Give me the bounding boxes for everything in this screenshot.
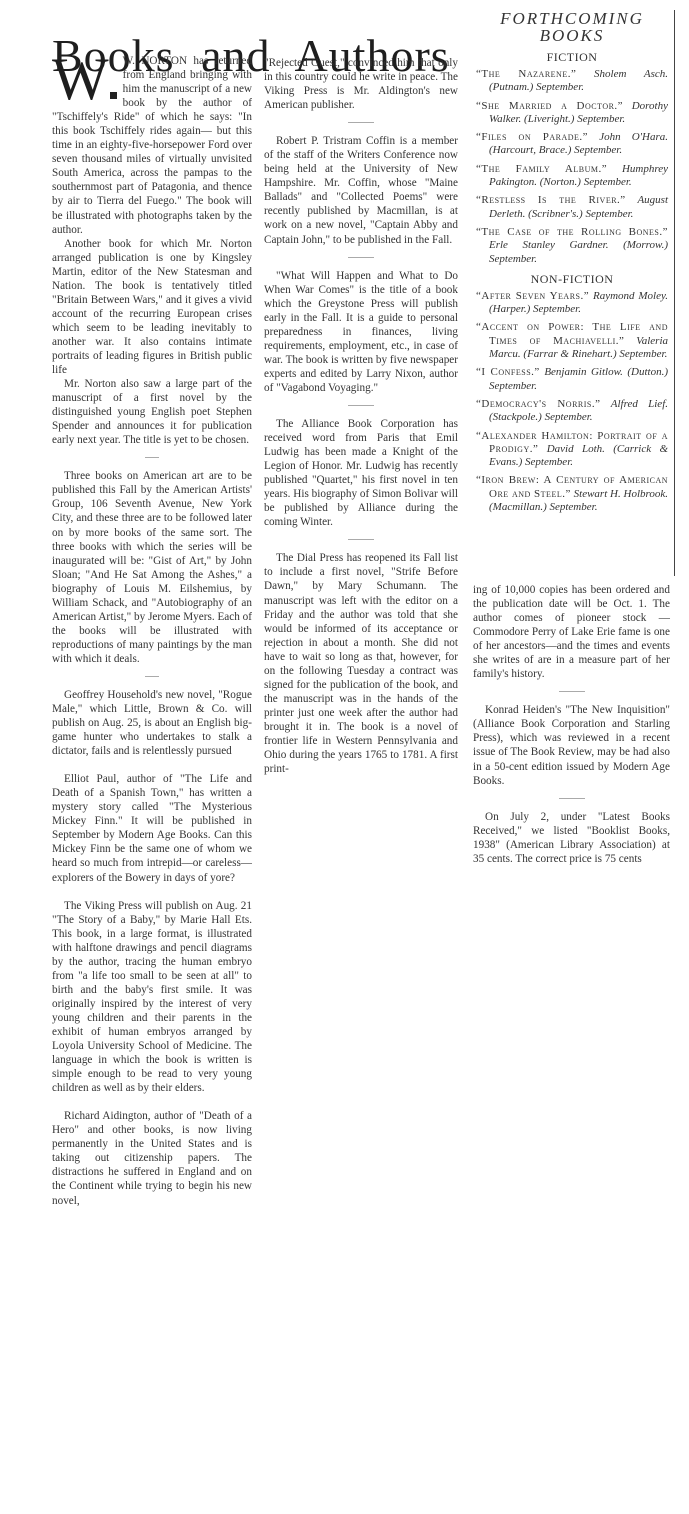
spender-paragraph: Mr. Norton also saw a large part of the … (52, 377, 252, 447)
drop-cap-dot (110, 92, 117, 99)
fiction-item: “The Family Album.” Humphrey Pakington. … (476, 163, 668, 190)
dial-press-paragraph: The Dial Press has reopened its Fall lis… (264, 551, 458, 776)
separator-rule (52, 666, 252, 688)
nonfiction-item: “Iron Brew: A Century of American Ore an… (476, 474, 668, 514)
nonfiction-item: “After Seven Years.” Raymond Moley. (Har… (476, 290, 668, 317)
aldington-paragraph: Richard Aidington, author of "Death of a… (52, 1109, 252, 1207)
fiction-item: “Files on Parade.” John O'Hara. (Harcour… (476, 131, 668, 158)
elliot-paul-paragraph: Elliot Paul, author of "The Life and Dea… (52, 772, 252, 884)
correction-paragraph: On July 2, under "Latest Books Received,… (473, 810, 670, 866)
separator-gap (52, 758, 252, 772)
separator-rule (264, 529, 458, 551)
separator-rule (264, 112, 458, 134)
war-comes-paragraph: "What Will Happen and What to Do When Wa… (264, 269, 458, 395)
separator-gap (52, 1095, 252, 1109)
separator-rule (473, 681, 670, 703)
fiction-item: “She Married a Doctor.” Dorothy Walker. … (476, 100, 668, 127)
forthcoming-books-box: FORTHCOMING BOOKS FICTION “The Nazarene.… (476, 10, 675, 576)
nonfiction-item: “I Confess.” Benjamin Gitlow. (Dutton.) … (476, 366, 668, 393)
separator-rule (52, 447, 252, 469)
fiction-item: “The Case of the Rolling Bones.” Erle St… (476, 226, 668, 266)
aldington-continued-paragraph: "Rejected Guest," convinced him that onl… (264, 56, 458, 112)
fiction-item: “The Nazarene.” Sholem Asch. (Putnam.) S… (476, 68, 668, 95)
forthcoming-title-line2: BOOKS (476, 27, 668, 44)
viking-baby-paragraph: The Viking Press will publish on Aug. 21… (52, 899, 252, 1096)
article-column-2: "Rejected Guest," convinced him that onl… (264, 56, 458, 776)
american-art-paragraph: Three books on American art are to be pu… (52, 469, 252, 666)
norton-paragraph: WW. NORTON has returned from England bri… (52, 54, 252, 237)
nonfiction-item: “Accent on Power: The Life and Times of … (476, 321, 668, 361)
nonfiction-heading: NON-FICTION (476, 272, 668, 286)
heiden-paragraph: Konrad Heiden's "The New Inquisition" (A… (473, 703, 670, 787)
household-paragraph: Geoffrey Household's new novel, "Rogue M… (52, 688, 252, 758)
separator-gap (52, 885, 252, 899)
fiction-item: “Restless Is the River.” August Derleth.… (476, 194, 668, 221)
separator-rule (264, 247, 458, 269)
separator-rule (473, 788, 670, 810)
article-column-3: ing of 10,000 copies has been ordered an… (473, 583, 670, 866)
fiction-heading: FICTION (476, 50, 668, 64)
drop-cap: W (52, 56, 109, 102)
nonfiction-item: “Democracy's Norris.” Alfred Lief. (Stac… (476, 398, 668, 425)
dial-press-continued-paragraph: ing of 10,000 copies has been ordered an… (473, 583, 670, 681)
forthcoming-title-line1: FORTHCOMING (476, 10, 668, 27)
ludwig-paragraph: The Alliance Book Corporation has receiv… (264, 417, 458, 529)
nonfiction-item: “Alexander Hamilton: Portrait of a Prodi… (476, 430, 668, 470)
separator-rule (264, 395, 458, 417)
coffin-paragraph: Robert P. Tristram Coffin is a member of… (264, 134, 458, 246)
kingsley-martin-paragraph: Another book for which Mr. Norton arrang… (52, 237, 252, 377)
article-column-1: WW. NORTON has returned from England bri… (52, 54, 252, 1208)
